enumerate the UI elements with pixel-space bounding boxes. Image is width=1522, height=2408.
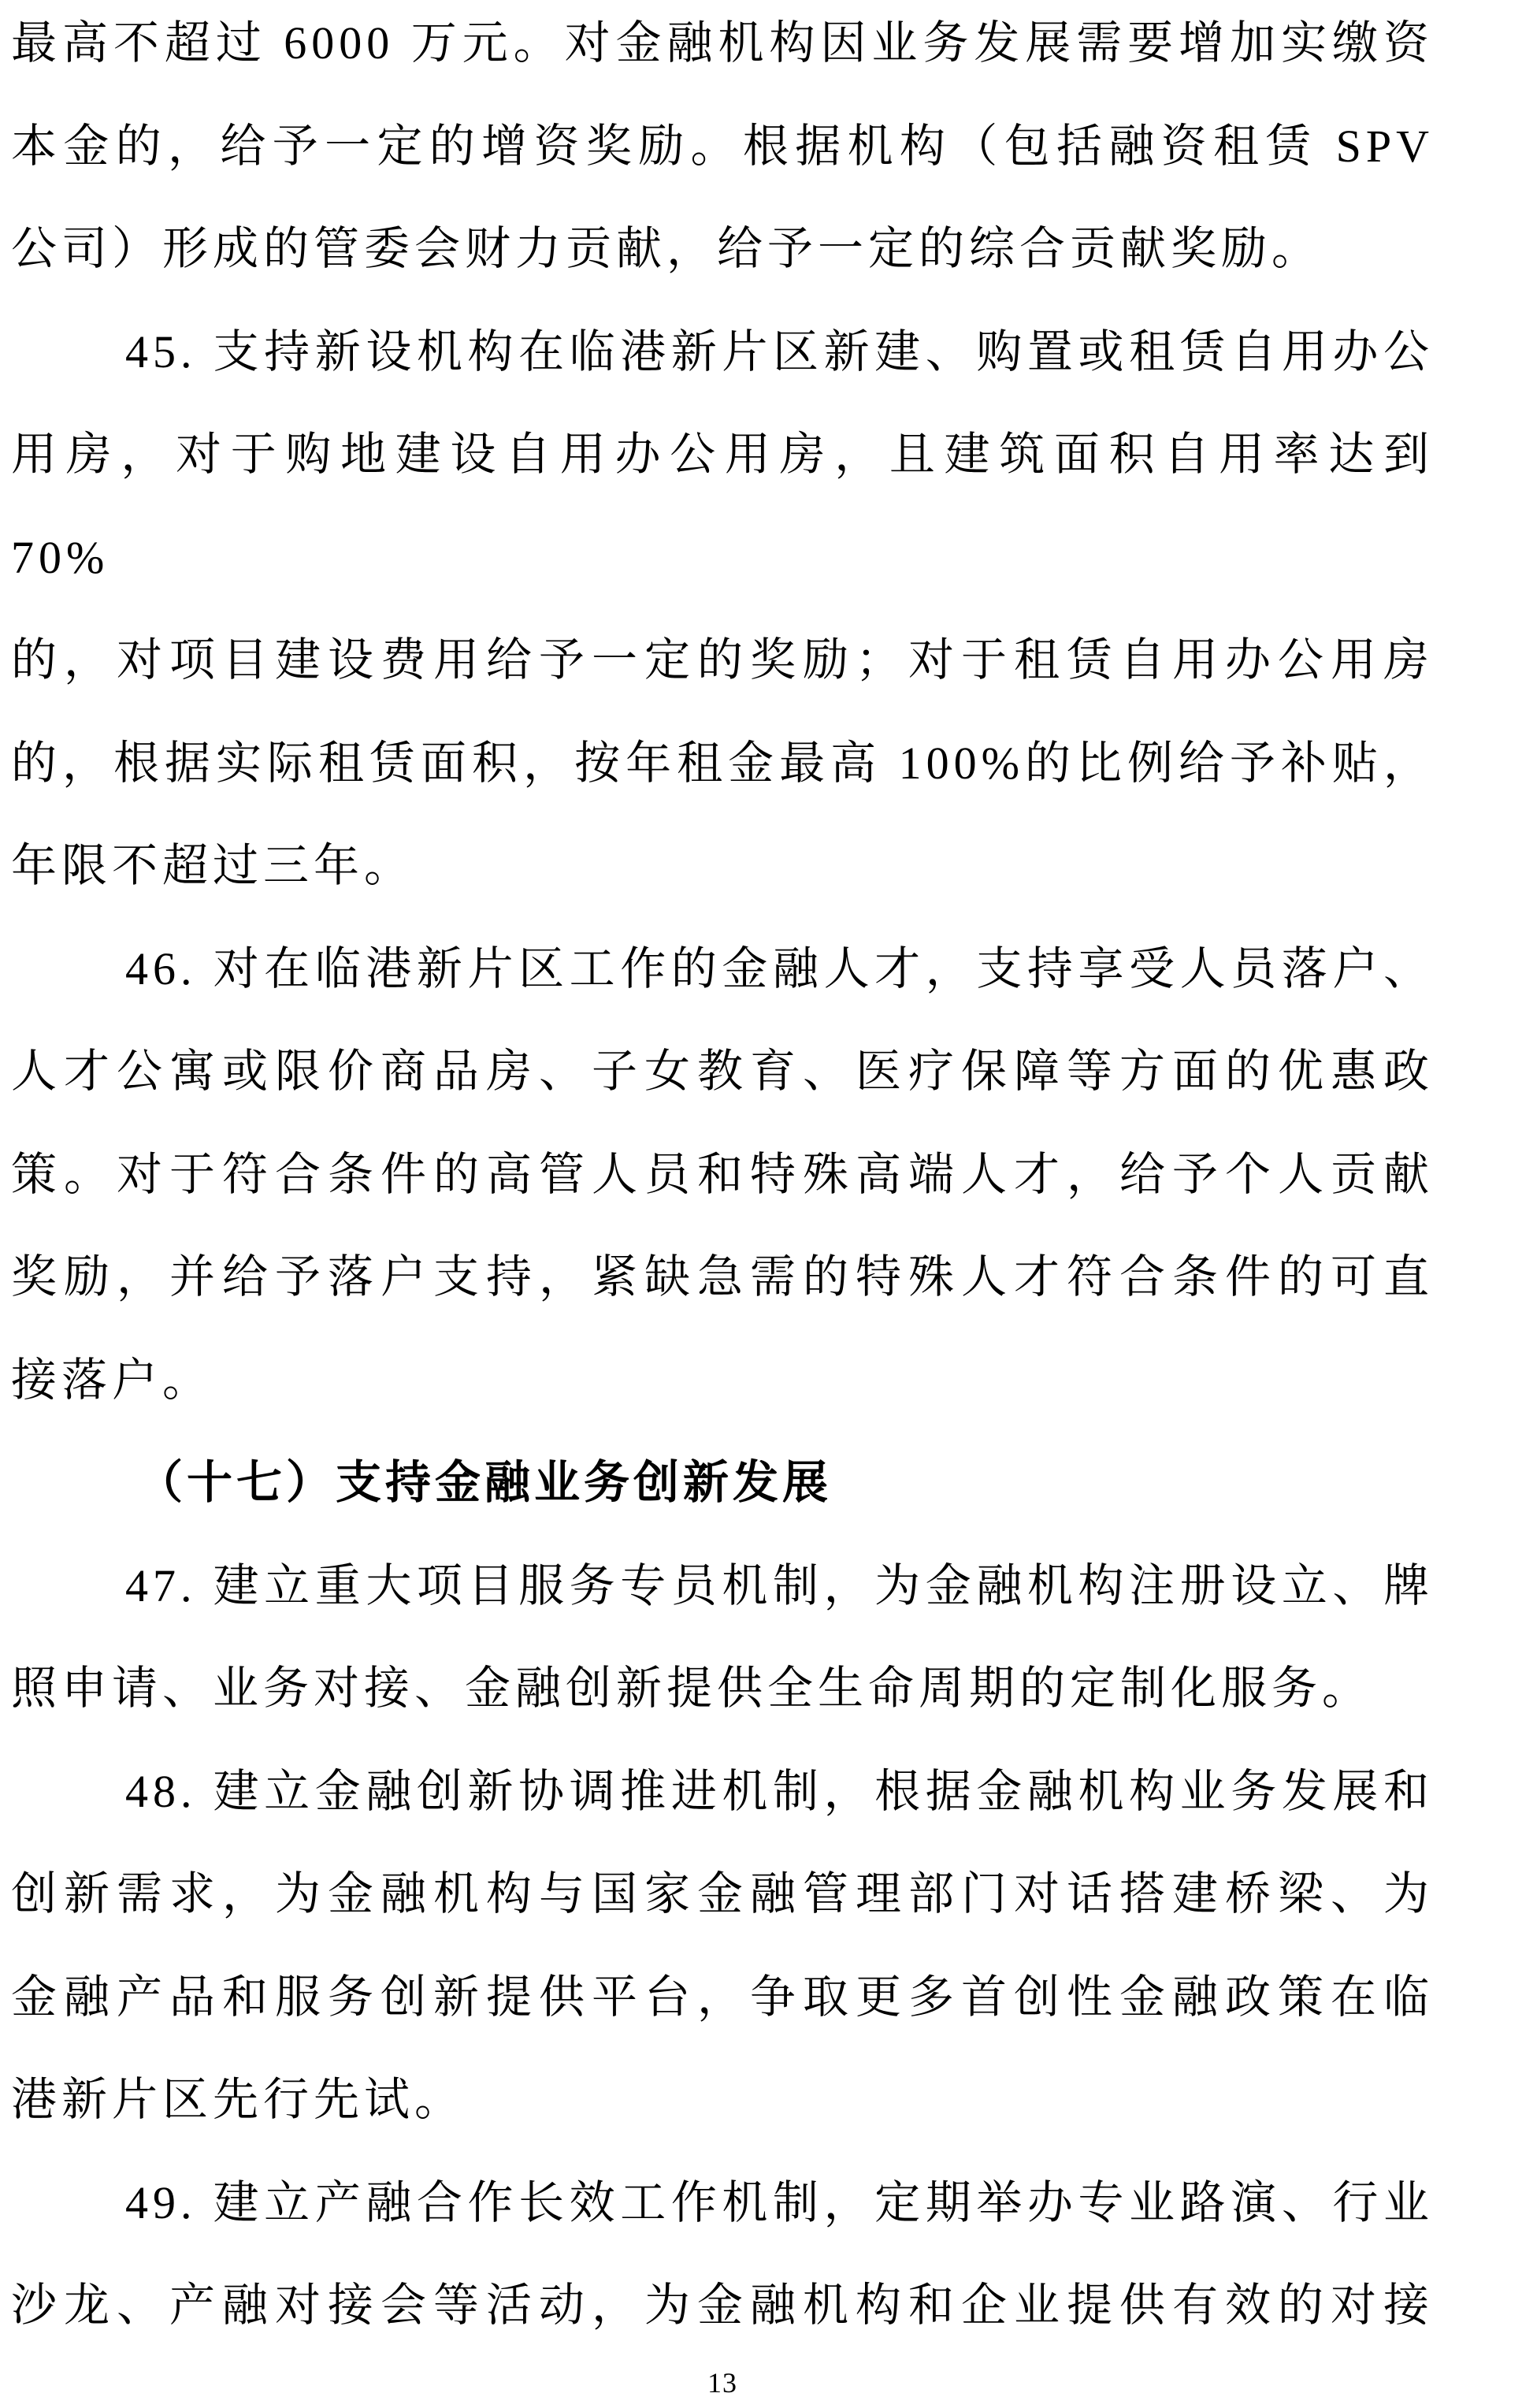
text-line: 公司）形成的管委会财力贡献，给予一定的综合贡献奖励。 bbox=[11, 198, 1434, 301]
text-line: 策。对于符合条件的高管人员和特殊高端人才，给予个人贡献 bbox=[11, 1124, 1434, 1227]
document-page: 最高不超过 6000 万元。对金融机构因业务发展需要增加实缴资 本金的，给予一定… bbox=[0, 0, 1522, 2408]
text-line: 沙龙、产融对接会等活动，为金融机构和企业提供有效的对接 bbox=[11, 2254, 1434, 2358]
text-line: 金融产品和服务创新提供平台，争取更多首创性金融政策在临 bbox=[11, 1946, 1434, 2049]
text-line-item-46: 46. 对在临港新片区工作的金融人才，支持享受人员落户、 bbox=[11, 918, 1434, 1021]
text-line: 人才公寓或限价商品房、子女教育、医疗保障等方面的优惠政 bbox=[11, 1020, 1434, 1124]
text-line: 创新需求，为金融机构与国家金融管理部门对话搭建桥梁、为 bbox=[11, 1843, 1434, 1946]
text-line: 的，对项目建设费用给予一定的奖励；对于租赁自用办公用房 bbox=[11, 609, 1434, 712]
text-line: 奖励，并给予落户支持，紧缺急需的特殊人才符合条件的可直 bbox=[11, 1226, 1434, 1329]
text-line-item-45: 45. 支持新设机构在临港新片区新建、购置或租赁自用办公 bbox=[11, 301, 1434, 404]
text-line: 照申请、业务对接、金融创新提供全生命周期的定制化服务。 bbox=[11, 1637, 1434, 1741]
text-line: 接落户。 bbox=[11, 1329, 1434, 1433]
text-line: 年限不超过三年。 bbox=[11, 815, 1434, 918]
text-line-item-47: 47. 建立重大项目服务专员机制，为金融机构注册设立、牌 bbox=[11, 1535, 1434, 1638]
section-heading: （十七）支持金融业务创新发展 bbox=[11, 1432, 1434, 1535]
text-line: 本金的，给予一定的增资奖励。根据机构（包括融资租赁 SPV bbox=[11, 95, 1434, 199]
text-line: 港新片区先行先试。 bbox=[11, 2049, 1434, 2152]
text-line: 用房，对于购地建设自用办公用房，且建筑面积自用率达到 70% bbox=[11, 403, 1434, 609]
text-line: 的，根据实际租赁面积，按年租金最高 100%的比例给予补贴， bbox=[11, 712, 1434, 816]
text-block: 最高不超过 6000 万元。对金融机构因业务发展需要增加实缴资 本金的，给予一定… bbox=[11, 0, 1434, 2358]
page-number: 13 bbox=[11, 2365, 1434, 2400]
text-line: 最高不超过 6000 万元。对金融机构因业务发展需要增加实缴资 bbox=[11, 0, 1434, 95]
text-line-item-48: 48. 建立金融创新协调推进机制，根据金融机构业务发展和 bbox=[11, 1741, 1434, 1844]
text-line-item-49: 49. 建立产融合作长效工作机制，定期举办专业路演、行业 bbox=[11, 2152, 1434, 2255]
